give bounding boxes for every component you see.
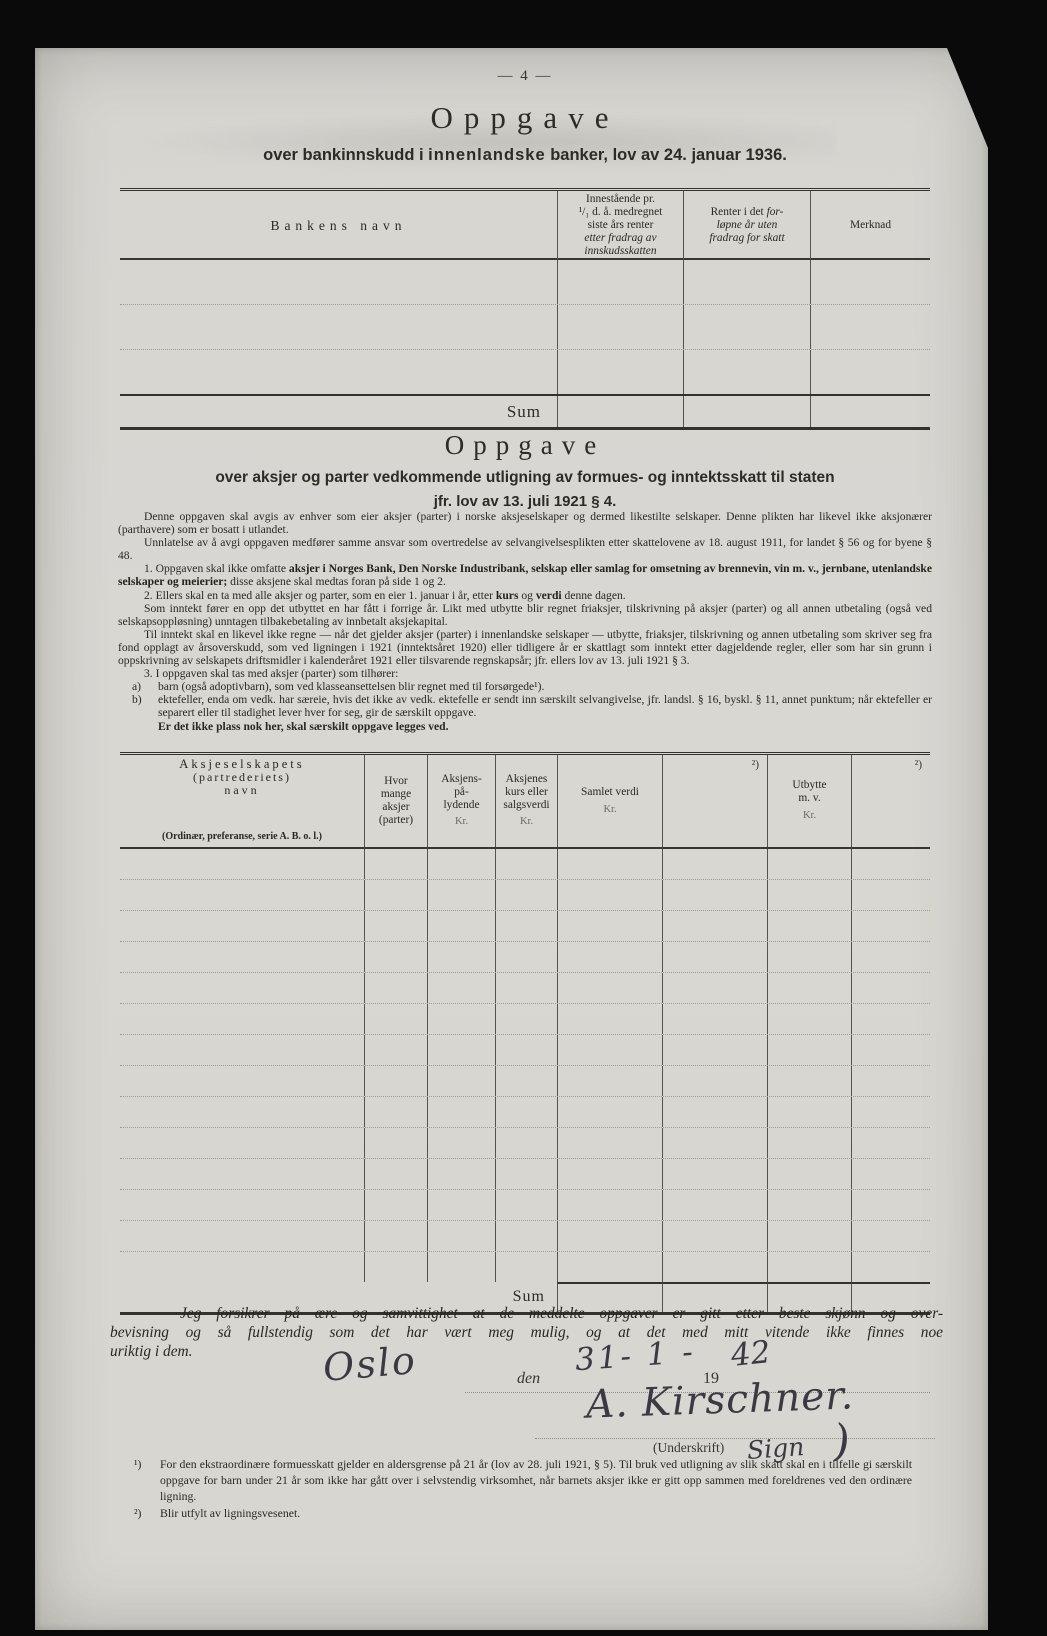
empty-cell [851,1252,930,1282]
col-bank-name: Bankens navn [120,191,557,260]
empty-cell [851,1221,930,1251]
empty-cell [810,350,930,394]
empty-cell [662,1097,767,1127]
paragraph-2: Unnlatelse av å avgi oppgaven medfører s… [118,536,932,562]
empty-cell [767,942,851,972]
bank-table-header: Bankens navn Innestående pr. ¹/₁ d. å. m… [120,191,930,260]
page-number: — 4 — [120,68,930,85]
empty-cell [767,1221,851,1251]
footnote-1: ¹)For den ekstraordinære formuesskatt gj… [120,1456,912,1505]
empty-cell [557,1221,662,1251]
share-section-title: Oppgave [120,430,930,461]
empty-cell [767,1004,851,1034]
empty-cell [120,260,557,304]
empty-cell [120,880,364,910]
empty-cell [851,849,930,879]
empty-cell [364,942,427,972]
sum-interest-cell [683,396,810,427]
empty-cell [851,1128,930,1158]
paragraph-1: Denne oppgaven skal avgis av enhver som … [118,510,932,536]
empty-cell [662,1190,767,1220]
empty-cell [364,1035,427,1065]
share-section-subtitle-2: jfr. lov av 13. juli 1921 § 4. [120,493,930,510]
empty-cell [364,1097,427,1127]
empty-cell [767,1035,851,1065]
col-company-name: Aksjeselskapets (partrederiets) navn (Or… [120,755,364,847]
t1-row-empty [120,260,930,305]
empty-cell [427,849,495,879]
t2-row-empty [120,1159,930,1190]
empty-cell [557,1066,662,1096]
empty-cell [851,911,930,941]
empty-cell [120,1004,364,1034]
empty-cell [851,1159,930,1189]
empty-cell [364,849,427,879]
empty-cell [364,1159,427,1189]
empty-cell [495,1190,557,1220]
empty-cell [851,1035,930,1065]
empty-cell [120,350,557,394]
t2-row-empty [120,1066,930,1097]
empty-cell [364,880,427,910]
empty-cell [683,305,810,349]
empty-cell [495,942,557,972]
empty-cell [495,1159,557,1189]
footnotes: ¹)For den ekstraordinære formuesskatt gj… [120,1456,912,1521]
scanned-form-page: — 4 — Oppgave over bankinnskudd i innenl… [35,48,988,1630]
paragraph-4: 2. Ellers skal en ta med alle aksjer og … [118,589,932,602]
paragraph-6: Til inntekt skal en likevel ikke regne —… [118,628,932,667]
empty-cell [364,911,427,941]
col-dividend: Utbytte m. v.Kr. [767,755,851,847]
empty-cell [120,1128,364,1158]
empty-cell [851,973,930,1003]
empty-cell [427,1190,495,1220]
empty-cell [120,1097,364,1127]
empty-cell [364,1190,427,1220]
empty-cell [662,973,767,1003]
empty-cell [557,942,662,972]
empty-cell [557,880,662,910]
empty-cell [495,1066,557,1096]
empty-cell [662,1066,767,1096]
sum-remark-cell [810,396,930,427]
empty-cell [767,973,851,1003]
footnote-2: ²)Blir utfylt av ligningsvesenet. [120,1505,912,1521]
empty-cell [495,1128,557,1158]
bank-deposit-table: Bankens navn Innestående pr. ¹/₁ d. å. m… [120,188,930,430]
empty-cell [767,880,851,910]
closing-bold-note: Er det ikke plass nok her, skal særskilt… [118,720,932,733]
t2-row-empty [120,1221,930,1252]
empty-cell [810,305,930,349]
empty-cell [557,1035,662,1065]
share-table: Aksjeselskapets (partrederiets) navn (Or… [120,752,930,1315]
empty-cell [364,1066,427,1096]
share-table-body [120,849,930,1282]
empty-cell [683,350,810,394]
empty-cell [120,1159,364,1189]
empty-cell [767,849,851,879]
empty-cell [557,305,683,349]
empty-cell [851,1097,930,1127]
empty-cell [427,1128,495,1158]
empty-cell [557,1128,662,1158]
empty-cell [662,1159,767,1189]
t2-row-empty [120,1035,930,1066]
t2-row-empty [120,973,930,1004]
empty-cell [495,1221,557,1251]
t2-row-empty [120,849,930,880]
empty-cell [662,942,767,972]
empty-cell [851,1066,930,1096]
empty-cell [120,305,557,349]
col-market-value: Aksjenes kurs eller salgsverdiKr. [495,755,557,847]
empty-cell [557,260,683,304]
empty-cell [495,1097,557,1127]
empty-cell [851,1190,930,1220]
list-item-b: b)ektefeller, enda om vedk. har særeie, … [118,693,932,719]
col-interest: Renter i det for- løpne år uten fradrag … [683,191,810,260]
handwritten-place: Oslo [321,1338,418,1390]
empty-cell [557,1190,662,1220]
empty-cell [427,911,495,941]
empty-cell [120,1190,364,1220]
empty-cell [662,1221,767,1251]
signature-rule [535,1414,935,1439]
col-total-value: Samlet verdiKr. [557,755,662,847]
sum-balance-cell [557,396,683,427]
paragraph-5: Som inntekt fører en opp det utbyttet en… [118,602,932,628]
list-item-a: a)barn (også adoptivbarn), som ved klass… [118,680,932,693]
empty-cell [767,1252,851,1282]
col-nominal-value: Aksjens- på- lydendeKr. [427,755,495,847]
empty-cell [427,942,495,972]
empty-cell [495,880,557,910]
empty-cell [364,1252,427,1282]
empty-cell [427,880,495,910]
empty-cell [662,1128,767,1158]
col-remark: Merknad [810,191,930,260]
empty-cell [120,973,364,1003]
empty-cell [683,260,810,304]
t2-row-empty [120,1252,930,1282]
empty-cell [495,1004,557,1034]
empty-cell [662,911,767,941]
empty-cell [120,942,364,972]
empty-cell [767,1066,851,1096]
empty-cell [364,1221,427,1251]
bank-table-body [120,260,930,394]
empty-cell [120,911,364,941]
empty-cell [767,911,851,941]
col-share-count: Hvor mange aksjer (parter) [364,755,427,847]
empty-cell [495,973,557,1003]
t1-row-empty [120,305,930,350]
empty-cell [851,942,930,972]
share-section-instructions: Denne oppgaven skal avgis av enhver som … [118,510,932,733]
sum-label: Sum [120,396,557,427]
empty-cell [120,1221,364,1251]
empty-cell [495,1035,557,1065]
empty-cell [767,1159,851,1189]
empty-cell [810,260,930,304]
empty-cell [495,911,557,941]
t2-row-empty [120,1128,930,1159]
empty-cell [767,1190,851,1220]
empty-cell [557,1004,662,1034]
declaration-text: Jeg forsikrer på ære og samvittighet at … [110,1304,943,1361]
empty-cell [364,973,427,1003]
empty-cell [427,1004,495,1034]
empty-cell [662,880,767,910]
col-official-use-1: ²) [662,755,767,847]
share-section-subtitle-1: over aksjer og parter vedkommende utlign… [120,469,930,487]
empty-cell [557,350,683,394]
col-official-use-2: ²) [851,755,930,847]
t2-row-empty [120,911,930,942]
empty-cell [557,1159,662,1189]
empty-cell [662,1004,767,1034]
subtitle-bold-word: innenlandske [428,146,545,164]
empty-cell [120,1035,364,1065]
empty-cell [851,1004,930,1034]
empty-cell [427,973,495,1003]
empty-cell [427,1066,495,1096]
empty-cell [427,1159,495,1189]
empty-cell [662,1252,767,1282]
underskrift-label: (Underskrift) [653,1440,724,1456]
bank-table-sum-row: Sum [120,394,930,427]
empty-cell [557,973,662,1003]
share-table-header: Aksjeselskapets (partrederiets) navn (Or… [120,755,930,849]
t2-row-empty [120,942,930,973]
bank-section-title: Oppgave [120,100,930,136]
t1-row-empty [120,350,930,394]
empty-cell [120,1252,364,1282]
empty-cell [767,1128,851,1158]
empty-cell [427,1221,495,1251]
empty-cell [767,1097,851,1127]
t2-row-empty [120,1190,930,1221]
paragraph-3: 1. Oppgaven skal ikke omfatte aksjer i N… [118,562,932,588]
empty-cell [495,1252,557,1282]
empty-cell [120,849,364,879]
empty-cell [662,849,767,879]
t2-row-empty [120,1097,930,1128]
col-balance: Innestående pr. ¹/₁ d. å. medregnet sist… [557,191,683,260]
empty-cell [427,1252,495,1282]
empty-cell [851,880,930,910]
empty-cell [120,1066,364,1096]
t2-row-empty [120,880,930,911]
empty-cell [427,1035,495,1065]
empty-cell [557,1097,662,1127]
empty-cell [495,849,557,879]
empty-cell [662,1035,767,1065]
paragraph-7: 3. I oppgaven skal tas med aksjer (parte… [118,667,932,680]
t2-row-empty [120,1004,930,1035]
empty-cell [364,1128,427,1158]
empty-cell [557,1252,662,1282]
bank-section-subtitle: over bankinnskudd i innenlandske banker,… [120,146,930,165]
empty-cell [557,911,662,941]
empty-cell [427,1097,495,1127]
empty-cell [364,1004,427,1034]
empty-cell [557,849,662,879]
